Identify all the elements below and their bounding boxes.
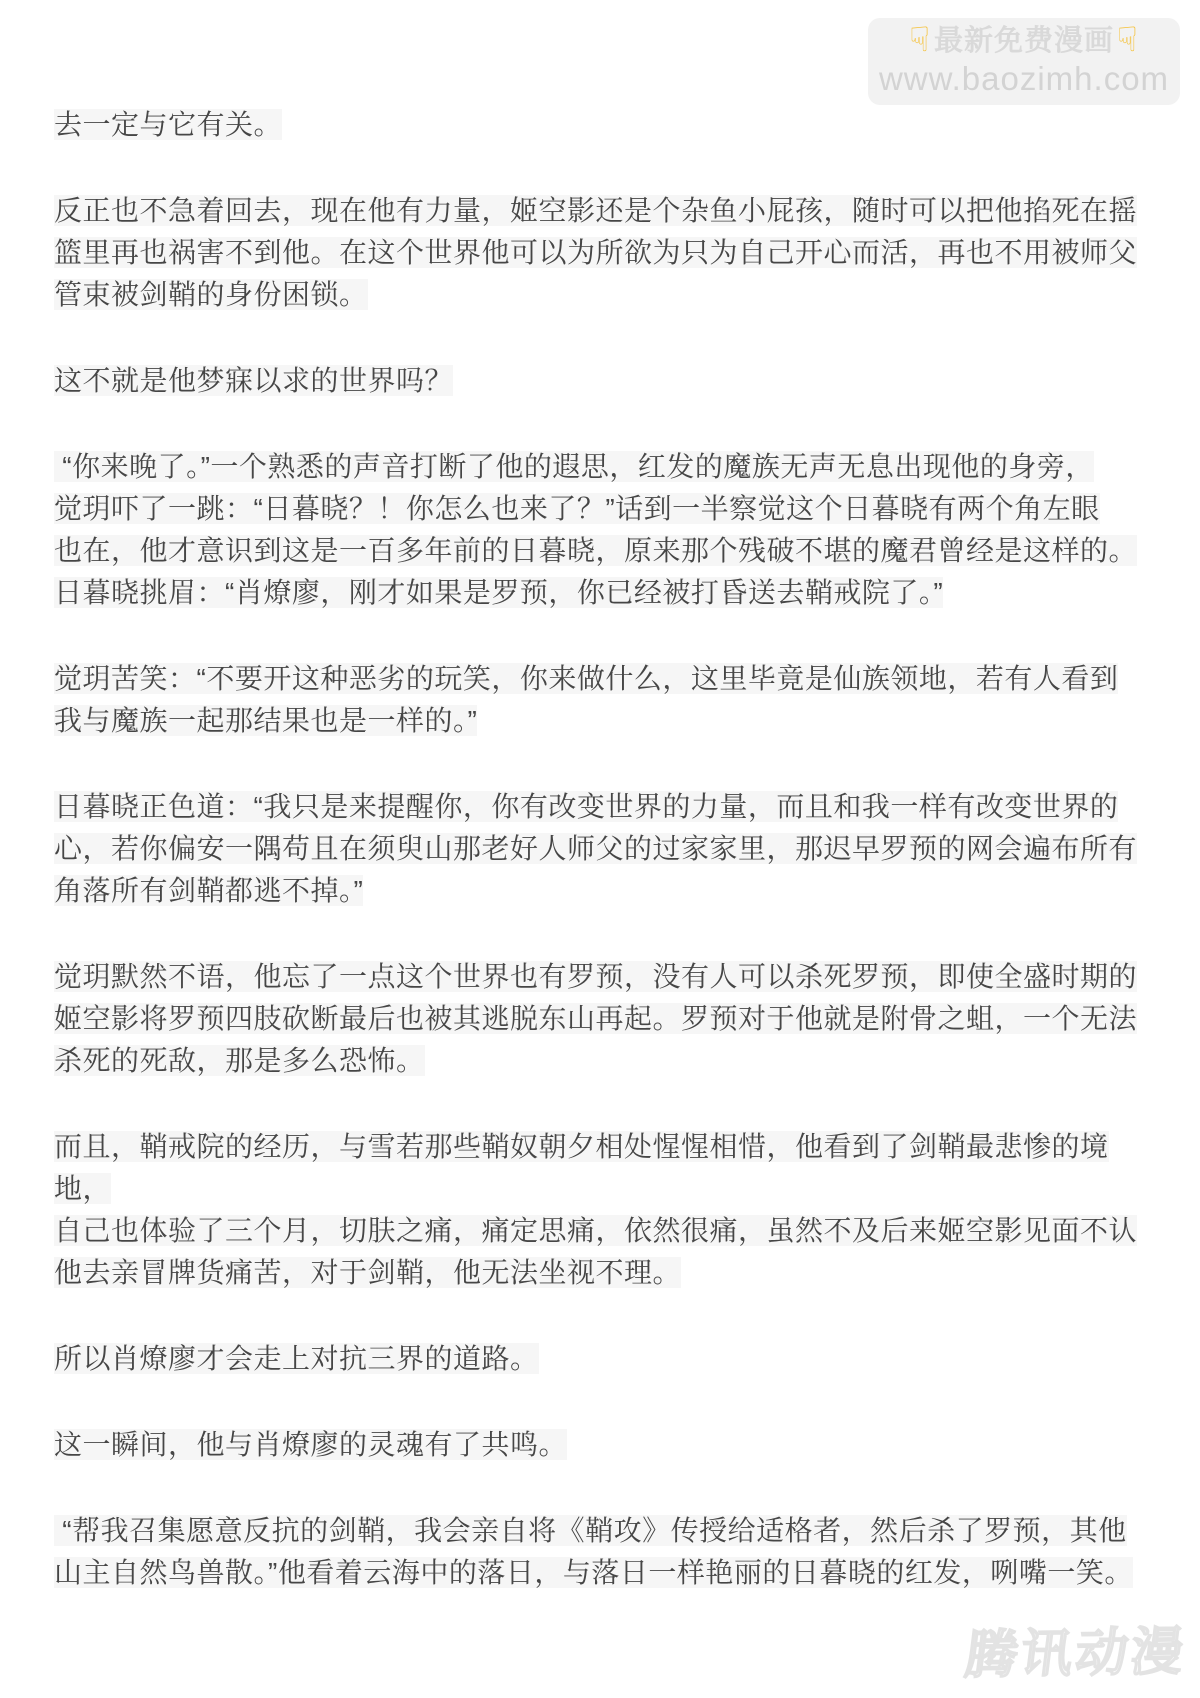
text-line: 所以肖燎廖才会走上对抗三界的道路。 [54, 1343, 539, 1374]
tencent-comics-logo: 腾讯动漫 [961, 1609, 1191, 1688]
text-line: 而且，鞘戒院的经历，与雪若那些鞘奴朝夕相处惺惺相惜，他看到了剑鞘最悲惨的境地， [54, 1131, 1109, 1204]
text-line: 这不就是他梦寐以求的世界吗？ [54, 365, 453, 396]
paragraph: “帮我召集愿意反抗的剑鞘，我会亲自将《鞘攻》传授给适格者，然后杀了罗预，其他山主… [54, 1510, 1160, 1594]
text-line: 觉玥吓了一跳：“日暮晓？！你怎么也来了？”话到一半察觉这个日暮晓有两个角左眼 [54, 493, 1100, 524]
text-line: 角落所有剑鞘都逃不掉。” [54, 875, 363, 906]
paragraph: 这不就是他梦寐以求的世界吗？ [54, 360, 1160, 402]
paragraph: 反正也不急着回去，现在他有力量，姬空影还是个杂鱼小屁孩，随时可以把他掐死在摇篮里… [54, 190, 1160, 316]
paragraph: 而且，鞘戒院的经历，与雪若那些鞘奴朝夕相处惺惺相惜，他看到了剑鞘最悲惨的境地，自… [54, 1126, 1160, 1294]
text-line: 自己也体验了三个月，切肤之痛，痛定思痛，依然很痛，虽然不及后来姬空影见面不认 [54, 1215, 1137, 1246]
text-line: 他去亲冒牌货痛苦，对于剑鞘，他无法坐视不理。 [54, 1257, 681, 1288]
text-line: 反正也不急着回去，现在他有力量，姬空影还是个杂鱼小屁孩，随时可以把他掐死在摇 [54, 195, 1137, 226]
text-line: “帮我召集愿意反抗的剑鞘，我会亲自将《鞘攻》传授给适格者，然后杀了罗预，其他 [54, 1515, 1127, 1546]
paragraph: 觉玥苦笑：“不要开这种恶劣的玩笑，你来做什么，这里毕竟是仙族领地，若有人看到我与… [54, 658, 1160, 742]
paragraph: 觉玥默然不语，他忘了一点这个世界也有罗预，没有人可以杀死罗预，即使全盛时期的姬空… [54, 956, 1160, 1082]
paragraph: “你来晚了。”一个熟悉的声音打断了他的遐思，红发的魔族无声无息出现他的身旁，觉玥… [54, 446, 1160, 614]
point-down-icon: ☟ [1117, 23, 1139, 57]
site-watermark-title: 最新免费漫画 [934, 26, 1114, 58]
novel-text: 去一定与它有关。反正也不急着回去，现在他有力量，姬空影还是个杂鱼小屁孩，随时可以… [54, 104, 1160, 1638]
site-watermark-url: www.baozimh.com [879, 61, 1169, 97]
text-line: 这一瞬间，他与肖燎廖的灵魂有了共鸣。 [54, 1429, 567, 1460]
paragraph: 所以肖燎廖才会走上对抗三界的道路。 [54, 1338, 1160, 1380]
point-down-icon: ☟ [909, 23, 931, 57]
text-line: 去一定与它有关。 [54, 109, 282, 140]
text-line: 日暮晓挑眉：“肖燎廖，刚才如果是罗预，你已经被打昏送去鞘戒院了。” [54, 577, 943, 608]
text-line: 心，若你偏安一隅苟且在须臾山那老好人师父的过家家里，那迟早罗预的网会遍布所有 [54, 833, 1137, 864]
text-line: “你来晚了。”一个熟悉的声音打断了他的遐思，红发的魔族无声无息出现他的身旁， [54, 451, 1094, 482]
site-watermark-box: ☟ 最新免费漫画 ☟ www.baozimh.com [868, 18, 1180, 105]
text-line: 杀死的死敌，那是多么恐怖。 [54, 1045, 425, 1076]
text-line: 山主自然鸟兽散。”他看着云海中的落日，与落日一样艳丽的日暮晓的红发，咧嘴一笑。 [54, 1557, 1133, 1588]
paragraph: 日暮晓正色道：“我只是来提醒你，你有改变世界的力量，而且和我一样有改变世界的心，… [54, 786, 1160, 912]
text-line: 姬空影将罗预四肢砍断最后也被其逃脱东山再起。罗预对于他就是附骨之蛆，一个无法 [54, 1003, 1137, 1034]
site-watermark-title-row: ☟ 最新免费漫画 ☟ [909, 25, 1138, 59]
text-line: 篮里再也祸害不到他。在这个世界他可以为所欲为只为自己开心而活，再也不用被师父 [54, 237, 1137, 268]
text-line: 觉玥苦笑：“不要开这种恶劣的玩笑，你来做什么，这里毕竟是仙族领地，若有人看到 [54, 663, 1118, 694]
text-line: 我与魔族一起那结果也是一样的。” [54, 705, 477, 736]
text-line: 管束被剑鞘的身份困锁。 [54, 279, 368, 310]
text-line: 也在，他才意识到这是一百多年前的日暮晓，原来那个残破不堪的魔君曾经是这样的。 [54, 535, 1137, 566]
text-line: 觉玥默然不语，他忘了一点这个世界也有罗预，没有人可以杀死罗预，即使全盛时期的 [54, 961, 1137, 992]
paragraph: 这一瞬间，他与肖燎廖的灵魂有了共鸣。 [54, 1424, 1160, 1466]
paragraph: 去一定与它有关。 [54, 104, 1160, 146]
text-line: 日暮晓正色道：“我只是来提醒你，你有改变世界的力量，而且和我一样有改变世界的 [54, 791, 1118, 822]
